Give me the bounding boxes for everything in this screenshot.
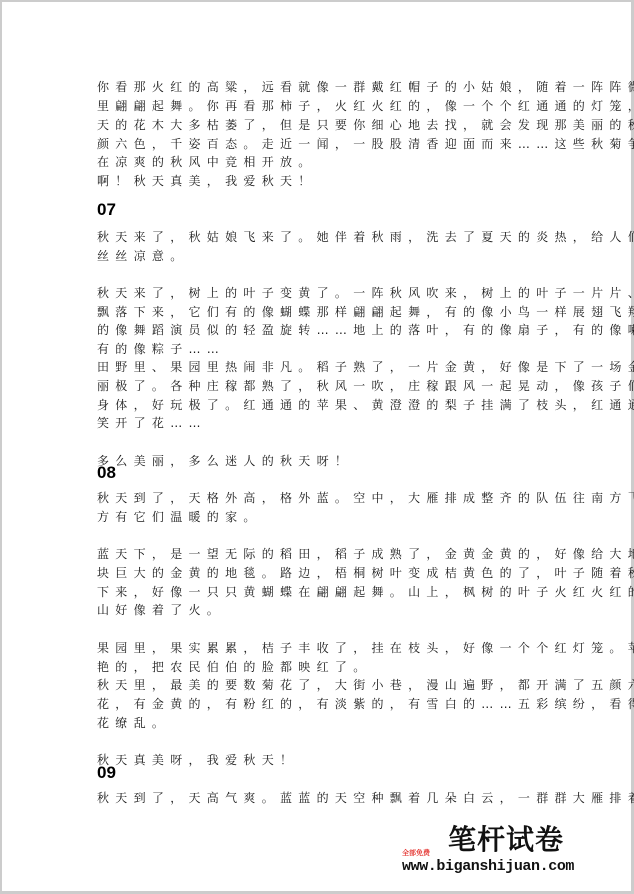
section-heading-09: 09 (97, 763, 116, 783)
text-line: 有的像粽子…… (97, 340, 557, 359)
text-line: 山好像着了火。 (97, 601, 557, 620)
text-line: 方有它们温暖的家。 (97, 508, 557, 527)
text-line: 你看那火红的高粱，远看就像一群戴红帽子的小姑娘，随着一阵阵微风在那 (97, 78, 557, 97)
text-line: 蓝天下，是一望无际的稻田，稻子成熟了，金黄金黄的，好像给大地铺了一 (97, 545, 557, 564)
text-line: 果园里，果实累累，桔子丰收了，挂在枝头，好像一个个红灯笼。苹果红艳 (97, 639, 557, 658)
text-line: 秋天里，最美的要数菊花了，大街小巷，漫山遍野，都开满了五颜六色的菊 (97, 676, 557, 695)
text-line: 秋天真美呀，我爱秋天！ (97, 751, 557, 770)
text-line: 秋天来了，秋姑娘飞来了。她伴着秋雨，洗去了夏天的炎热，给人们带来了 (97, 228, 557, 247)
text-line: 啊！秋天真美，我爱秋天！ (97, 172, 557, 191)
section-heading-07: 07 (97, 200, 116, 220)
text-line: 飘落下来，它们有的像蝴蝶那样翩翩起舞，有的像小鸟一样展翅飞翔，还有 (97, 303, 557, 322)
text-line: 天的花木大多枯萎了，但是只要你细心地去找，就会发现那美丽的秋菊，五 (97, 116, 557, 135)
text-line: 在凉爽的秋风中竞相开放。 (97, 153, 557, 172)
text-line: 多么美丽，多么迷人的秋天呀！ (97, 452, 557, 471)
text-line: 丝丝凉意。 (97, 247, 557, 266)
document-page: 你看那火红的高粱，远看就像一群戴红帽子的小姑娘，随着一阵阵微风在那 里翩翩起舞。… (2, 2, 631, 891)
watermark-free-badge: 全部免费 (402, 848, 430, 858)
text-line: 田野里、果园里热闹非凡。稻子熟了，一片金黄，好像是下了一场金雨，美 (97, 358, 557, 377)
text-line: 块巨大的金黄的地毯。路边，梧桐树叶变成桔黄色的了，叶子随着秋风飘落 (97, 564, 557, 583)
text-line: 花缭乱。 (97, 714, 557, 733)
text-line: 的像舞蹈演员似的轻盈旋转……地上的落叶，有的像扇子，有的像喇叭，还 (97, 321, 557, 340)
text-line: 身体，好玩极了。红通通的苹果、黄澄澄的梨子挂满了枝头，红通通的石榴 (97, 396, 557, 415)
text-line: 笑开了花…… (97, 414, 557, 433)
text-line: 艳的，把农民伯伯的脸都映红了。 (97, 658, 557, 677)
text-line: 花，有金黄的，有粉红的，有淡紫的，有雪白的……五彩缤纷，看得我们眼 (97, 695, 557, 714)
text-line: 丽极了。各种庄稼都熟了，秋风一吹，庄稼跟风一起晃动，像孩子们在摇晃 (97, 377, 557, 396)
text-line: 秋天到了，天格外高，格外蓝。空中，大雁排成整齐的队伍往南方飞去，南 (97, 489, 557, 508)
text-line: 秋天到了，天高气爽。蓝蓝的天空种飘着几朵白云，一群群大雁排着整齐的 (97, 789, 557, 808)
section-heading-08: 08 (97, 463, 116, 483)
watermark-logo: 笔杆试卷 全部免费 www.biganshijuan.com (402, 824, 572, 884)
watermark-url: www.biganshijuan.com (402, 858, 574, 875)
text-line: 颜六色，千姿百态。走近一闻，一股股清香迎面而来……这些秋菊争奇斗艳， (97, 135, 557, 154)
text-line: 里翩翩起舞。你再看那柿子，火红火红的，像一个个红通通的灯笼，虽然秋 (97, 97, 557, 116)
text-line: 下来，好像一只只黄蝴蝶在翩翩起舞。山上，枫树的叶子火红火红的，整座 (97, 583, 557, 602)
text-line: 秋天来了，树上的叶子变黄了。一阵秋风吹来，树上的叶子一片片、一阵阵 (97, 284, 557, 303)
watermark-title: 笔杆试卷 (448, 824, 564, 856)
